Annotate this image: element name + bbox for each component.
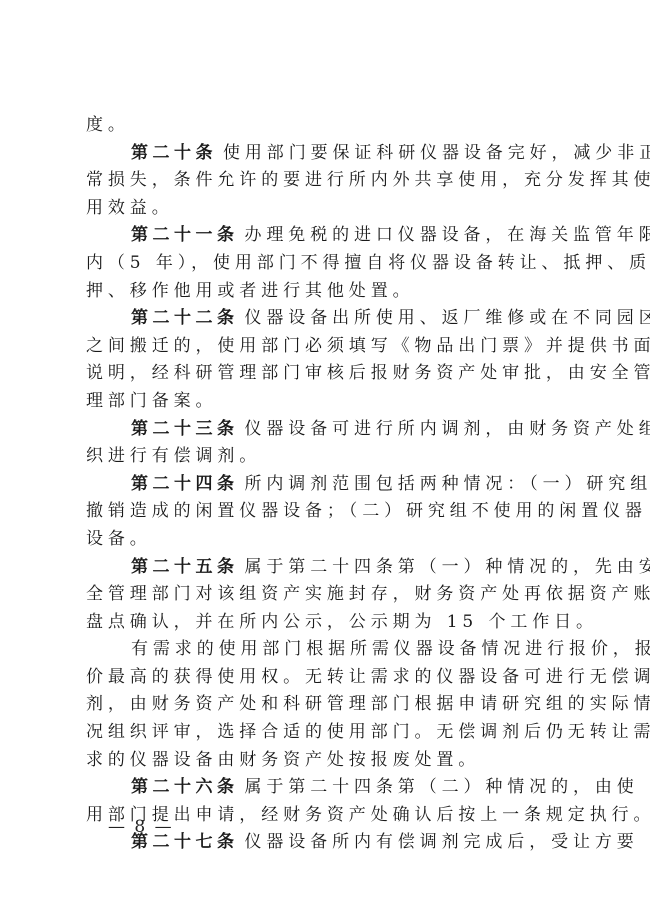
- text-line: 全管理部门对该组资产实施封存，财务资产处再依据资产账: [86, 581, 564, 609]
- line-text: 全管理部门对该组资产实施封存，财务资产处再依据资产账: [86, 584, 650, 604]
- line-text: 求的仪器设备由财务资产处按报废处置。: [86, 750, 480, 770]
- document-page: 度。第二十条使用部门要保证科研仪器设备完好，减少非正常损失，条件允许的要进行所内…: [0, 0, 650, 919]
- text-line: 内（5 年），使用部门不得擅自将仪器设备转让、抵押、质: [86, 250, 564, 278]
- text-line: 有需求的使用部门根据所需仪器设备情况进行报价，报: [86, 636, 564, 664]
- article-line: 第二十三条仪器设备可进行所内调剂，由财务资产处组: [86, 416, 564, 444]
- body-text: 度。第二十条使用部门要保证科研仪器设备完好，减少非正常损失，条件允许的要进行所内…: [86, 112, 564, 857]
- article-heading: 第二十三条: [131, 419, 239, 439]
- article-heading: 第二十六条: [131, 777, 239, 797]
- line-text: 内（5 年），使用部门不得擅自将仪器设备转让、抵押、质: [86, 253, 650, 273]
- article-heading: 第二十五条: [131, 557, 239, 577]
- line-text: 办理免税的进口仪器设备，在海关监管年限: [245, 225, 650, 245]
- text-line: 之间搬迁的，使用部门必须填写《物品出门票》并提供书面: [86, 333, 564, 361]
- text-line: 求的仪器设备由财务资产处按报废处置。: [86, 747, 564, 775]
- text-line: 剂，由财务资产处和科研管理部门根据申请研究组的实际情: [86, 691, 564, 719]
- line-text: 仪器设备可进行所内调剂，由财务资产处组: [245, 419, 650, 439]
- text-line: 撤销造成的闲置仪器设备；（二）研究组不使用的闲置仪器: [86, 498, 564, 526]
- line-text: 说明，经科研管理部门审核后报财务资产处审批，由安全管: [86, 363, 650, 383]
- line-text: 用效益。: [86, 198, 174, 218]
- article-line: 第二十六条属于第二十四条第（二）种情况的，由使: [86, 774, 564, 802]
- text-line: 理部门备案。: [86, 388, 564, 416]
- line-text: 剂，由财务资产处和科研管理部门根据申请研究组的实际情: [86, 694, 650, 714]
- article-heading: 第二十条: [131, 143, 217, 163]
- article-line: 第二十一条办理免税的进口仪器设备，在海关监管年限: [86, 222, 564, 250]
- line-text: 常损失，条件允许的要进行所内外共享使用，充分发挥其使: [86, 170, 650, 190]
- text-line: 常损失，条件允许的要进行所内外共享使用，充分发挥其使: [86, 167, 564, 195]
- line-text: 织进行有偿调剂。: [86, 446, 261, 466]
- article-line: 第二十条使用部门要保证科研仪器设备完好，减少非正: [86, 140, 564, 168]
- article-heading: 第二十一条: [131, 225, 239, 245]
- line-text: 盘点确认，并在所内公示，公示期为 15 个工作日。: [86, 612, 598, 632]
- article-heading: 第二十二条: [131, 308, 239, 328]
- line-text: 所内调剂范围包括两种情况：（一）研究组: [245, 474, 650, 494]
- line-text: 属于第二十四条第（一）种情况的，先由安: [245, 557, 650, 577]
- article-heading: 第二十四条: [131, 474, 239, 494]
- line-text: 撤销造成的闲置仪器设备；（二）研究组不使用的闲置仪器: [86, 501, 647, 521]
- line-text: 押、移作他用或者进行其他处置。: [86, 281, 415, 301]
- line-text: 之间搬迁的，使用部门必须填写《物品出门票》并提供书面: [86, 336, 650, 356]
- article-line: 第二十五条属于第二十四条第（一）种情况的，先由安: [86, 554, 564, 582]
- article-line: 第二十二条仪器设备出所使用、返厂维修或在不同园区: [86, 305, 564, 333]
- article-line: 第二十四条所内调剂范围包括两种情况：（一）研究组: [86, 471, 564, 499]
- text-line: 织进行有偿调剂。: [86, 443, 564, 471]
- line-text: 价最高的获得使用权。无转让需求的仪器设备可进行无偿调: [86, 667, 650, 687]
- text-line: 用效益。: [86, 195, 564, 223]
- line-text: 仪器设备出所使用、返厂维修或在不同园区: [245, 308, 650, 328]
- line-text: 属于第二十四条第（二）种情况的，由使: [245, 777, 639, 797]
- text-line: 盘点确认，并在所内公示，公示期为 15 个工作日。: [86, 609, 564, 637]
- line-text: 况组织评审，选择合适的使用部门。无偿调剂后仍无转让需: [86, 722, 650, 742]
- text-line: 价最高的获得使用权。无转让需求的仪器设备可进行无偿调: [86, 664, 564, 692]
- text-line: 况组织评审，选择合适的使用部门。无偿调剂后仍无转让需: [86, 719, 564, 747]
- text-line: 度。: [86, 112, 564, 140]
- line-text: 理部门备案。: [86, 391, 217, 411]
- line-text: 有需求的使用部门根据所需仪器设备情况进行报价，报: [131, 639, 650, 659]
- line-text: 度。: [86, 115, 130, 135]
- text-line: 说明，经科研管理部门审核后报财务资产处审批，由安全管: [86, 360, 564, 388]
- line-text: 使用部门要保证科研仪器设备完好，减少非正: [223, 143, 650, 163]
- text-line: 押、移作他用或者进行其他处置。: [86, 278, 564, 306]
- line-text: 设备。: [86, 529, 152, 549]
- line-text: 仪器设备所内有偿调剂完成后，受让方要: [245, 832, 639, 852]
- page-number: — 8 —: [108, 817, 174, 837]
- text-line: 设备。: [86, 526, 564, 554]
